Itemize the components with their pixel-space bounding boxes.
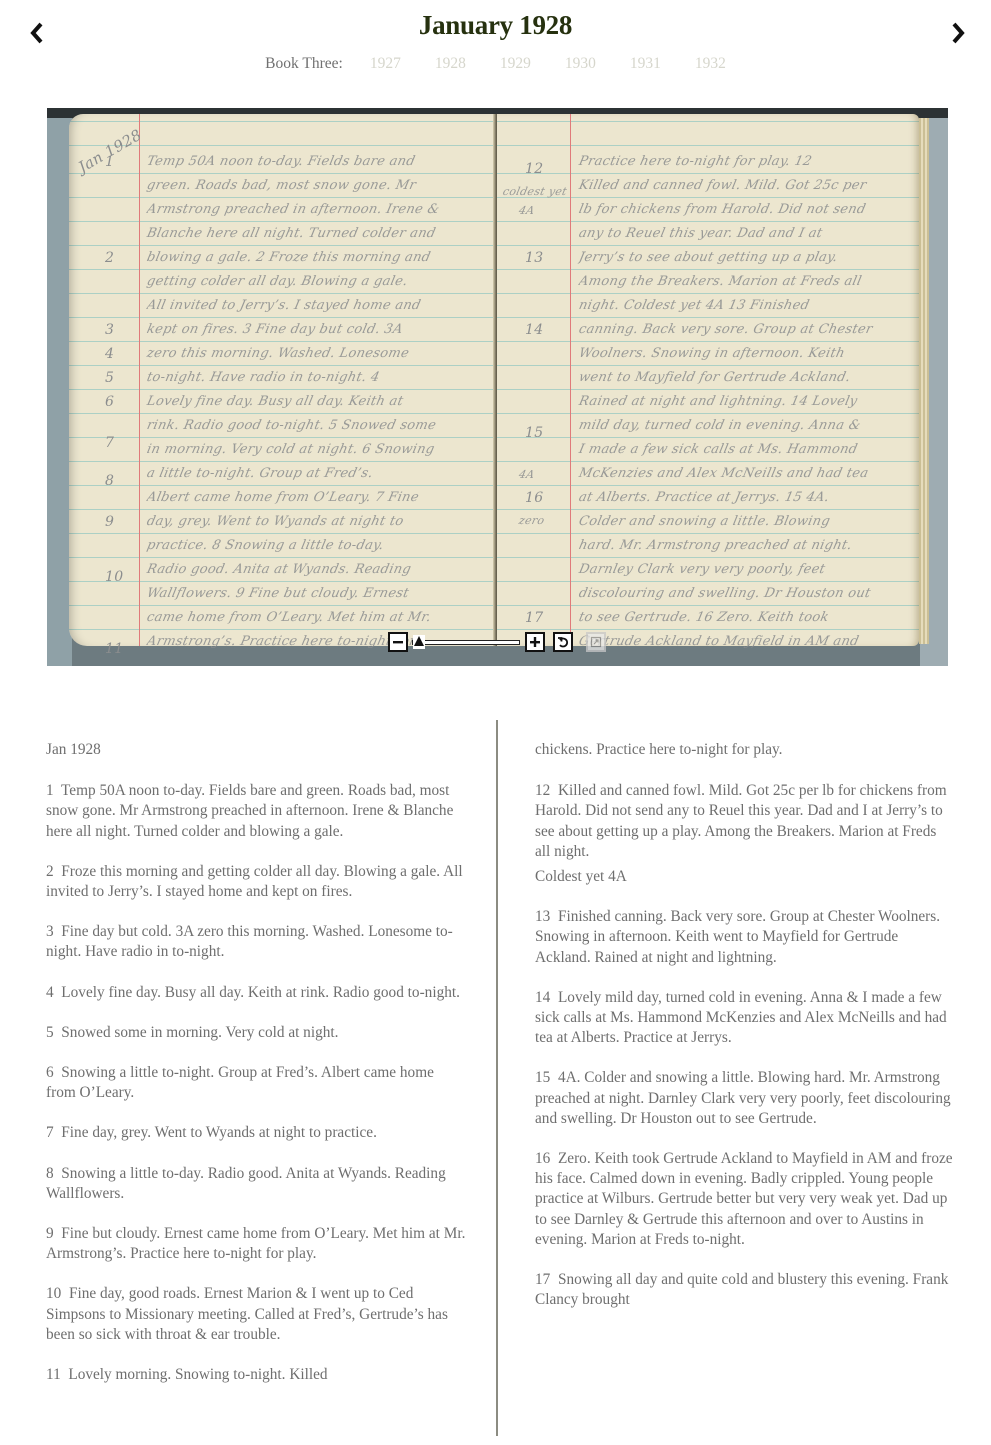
handwritten-line: All invited to Jerry’s. I stayed home an… <box>145 298 488 313</box>
diary-left-page: Jan 1928 1234567891011 Temp 50A noon to-… <box>69 114 497 646</box>
handwritten-line: a little to-night. Group at Fred’s. <box>145 466 488 481</box>
year-link-1930[interactable]: 1930 <box>565 55 596 73</box>
handwritten-line: I made a few sick calls at Ms. Hammond <box>577 442 910 457</box>
handwritten-day-number: 4 <box>105 346 114 362</box>
zoom-slider-handle[interactable] <box>413 635 425 649</box>
handwritten-line: Colder and snowing a little. Blowing <box>577 514 910 529</box>
year-link-1928[interactable]: 1928 <box>435 55 466 73</box>
handwritten-day-number: 15 <box>525 425 543 441</box>
year-link-1931[interactable]: 1931 <box>630 55 661 73</box>
diary-entry: 15 4A. Colder and snowing a little. Blow… <box>535 1068 955 1129</box>
handwritten-day-number: 11 <box>105 641 123 657</box>
book-label: Book Three: <box>265 55 343 73</box>
diary-entry: chickens. Practice here to-night for pla… <box>535 740 955 760</box>
handwritten-line: any to Reuel this year. Dad and I at <box>577 226 910 241</box>
diary-entry: 14 Lovely mild day, turned cold in eveni… <box>535 988 955 1049</box>
diary-entry: 2 Froze this morning and getting colder … <box>46 862 466 902</box>
diary-entry: 8 Snowing a little to-day. Radio good. A… <box>46 1164 466 1204</box>
handwritten-line: Radio good. Anita at Wyands. Reading <box>145 562 488 577</box>
diary-entry: 7 Fine day, grey. Went to Wyands at nigh… <box>46 1123 466 1143</box>
handwritten-line: night. Coldest yet 4A 13 Finished <box>577 298 910 313</box>
minus-icon <box>392 636 404 648</box>
transcription-heading: Jan 1928 <box>46 740 466 760</box>
handwritten-day-number: 13 <box>525 250 543 266</box>
diary-entry: 5 Snowed some in morning. Very cold at n… <box>46 1023 466 1043</box>
diary-entry: Coldest yet 4A <box>535 867 955 887</box>
handwritten-margin-note: 4A <box>518 204 536 217</box>
triangle-handle-icon <box>413 635 425 647</box>
transcription-right-column: chickens. Practice here to-night for pla… <box>535 740 955 1330</box>
handwritten-day-number: 5 <box>105 370 114 386</box>
handwritten-line: Rained at night and lightning. 14 Lovely <box>577 394 910 409</box>
diary-entry: 3 Fine day but cold. 3A zero this mornin… <box>46 922 466 962</box>
handwritten-day-number: 6 <box>105 394 114 410</box>
handwritten-line: Jerry’s to see about getting up a play. <box>577 250 910 265</box>
handwritten-line: Darnley Clark very very poorly, feet <box>577 562 910 577</box>
handwritten-line: Albert came home from O’Leary. 7 Fine <box>145 490 488 505</box>
handwritten-margin-note: 4A <box>518 468 536 481</box>
fullscreen-icon <box>590 636 602 648</box>
handwritten-line: discolouring and swelling. Dr Houston ou… <box>577 586 910 601</box>
handwritten-day-number: 7 <box>105 435 114 451</box>
diary-entry: 4 Lovely fine day. Busy all day. Keith a… <box>46 983 466 1003</box>
page-title: January 1928 <box>0 10 991 41</box>
handwritten-margin-note: coldest yet <box>502 185 569 198</box>
handwritten-line: Temp 50A noon to-day. Fields bare and <box>145 154 488 169</box>
handwritten-margin-note: zero <box>518 514 546 527</box>
handwritten-line: kept on fires. 3 Fine day but cold. 3A <box>145 322 488 337</box>
zoom-slider[interactable] <box>412 640 520 645</box>
handwritten-line: getting colder all day. Blowing a gale. <box>145 274 488 289</box>
handwritten-line: Among the Breakers. Marion at Freds all <box>577 274 910 289</box>
rotate-icon <box>557 636 569 648</box>
handwritten-day-number: 9 <box>105 514 114 530</box>
handwritten-day-number: 17 <box>525 610 543 626</box>
handwritten-line: hard. Mr. Armstrong preached at night. <box>577 538 910 553</box>
year-link-1929[interactable]: 1929 <box>500 55 531 73</box>
notebook-page-edges <box>919 118 929 644</box>
transcription-left-column: Jan 19281 Temp 50A noon to-day. Fields b… <box>46 740 466 1405</box>
diary-entry: 13 Finished canning. Back very sore. Gro… <box>535 907 955 968</box>
handwritten-day-number: 12 <box>525 161 543 177</box>
handwritten-line: came home from O’Leary. Met him at Mr. <box>145 610 488 625</box>
handwritten-line: mild day, turned cold in evening. Anna & <box>577 418 910 433</box>
handwritten-line: in morning. Very cold at night. 6 Snowin… <box>145 442 488 457</box>
handwritten-day-number: 2 <box>105 250 114 266</box>
handwritten-line: Practice here to-night for play. 12 <box>577 154 910 169</box>
handwritten-line: Wallflowers. 9 Fine but cloudy. Ernest <box>145 586 488 601</box>
rotate-button[interactable] <box>553 632 573 652</box>
diary-entry: 10 Fine day, good roads. Ernest Marion &… <box>46 1284 466 1345</box>
handwritten-line: blowing a gale. 2 Froze this morning and <box>145 250 488 265</box>
handwritten-day-number: 1 <box>105 154 114 170</box>
diary-entry: 9 Fine but cloudy. Ernest came home from… <box>46 1224 466 1264</box>
diary-image-viewer[interactable]: Jan 1928 1234567891011 Temp 50A noon to-… <box>47 108 948 666</box>
diary-entry: 6 Snowing a little to-night. Group at Fr… <box>46 1063 466 1103</box>
plus-icon <box>529 636 541 648</box>
handwritten-line: canning. Back very sore. Group at Cheste… <box>577 322 910 337</box>
handwritten-line: at Alberts. Practice at Jerrys. 15 4A. <box>577 490 910 505</box>
handwritten-day-number: 8 <box>105 473 114 489</box>
year-link-1927[interactable]: 1927 <box>370 55 401 73</box>
margin-line <box>139 114 140 646</box>
year-link-1932[interactable]: 1932 <box>695 55 726 73</box>
handwritten-line: Woolners. Snowing in afternoon. Keith <box>577 346 910 361</box>
column-divider <box>496 720 498 1436</box>
handwritten-line: day, grey. Went to Wyands at night to <box>145 514 488 529</box>
handwritten-line: McKenzies and Alex McNeills and had tea <box>577 466 910 481</box>
handwritten-line: Blanche here all night. Turned colder an… <box>145 226 488 241</box>
handwritten-line: rink. Radio good to-night. 5 Snowed some <box>145 418 488 433</box>
handwritten-day-number: 10 <box>105 569 123 585</box>
handwritten-line: Armstrong preached in afternoon. Irene & <box>145 202 488 217</box>
diary-entry: 12 Killed and canned fowl. Mild. Got 25c… <box>535 781 955 862</box>
diary-right-page: 121314151617 coldest yet4A4Azero Practic… <box>497 114 919 646</box>
diary-entry: 16 Zero. Keith took Gertrude Ackland to … <box>535 1149 955 1250</box>
diary-entry: 1 Temp 50A noon to-day. Fields bare and … <box>46 781 466 842</box>
diary-entry: 11 Lovely morning. Snowing to-night. Kil… <box>46 1365 466 1385</box>
handwritten-line: lb for chickens from Harold. Did not sen… <box>577 202 910 217</box>
diary-entry: 17 Snowing all day and quite cold and bl… <box>535 1270 955 1310</box>
zoom-out-button[interactable] <box>388 632 408 652</box>
handwritten-line: Lovely fine day. Busy all day. Keith at <box>145 394 488 409</box>
handwritten-line: practice. 8 Snowing a little to-day. <box>145 538 488 553</box>
year-navigation: Book Three: 1927 1928 1929 1930 1931 193… <box>0 55 991 73</box>
handwritten-day-number: 3 <box>105 322 114 338</box>
handwritten-line: zero this morning. Washed. Lonesome <box>145 346 488 361</box>
handwritten-line: Killed and canned fowl. Mild. Got 25c pe… <box>577 178 910 193</box>
handwritten-line: Gertrude Ackland to Mayfield in AM and <box>577 634 910 649</box>
handwritten-line: to see Gertrude. 16 Zero. Keith took <box>577 610 910 625</box>
zoom-in-button[interactable] <box>525 632 545 652</box>
handwritten-line: to-night. Have radio in to-night. 4 <box>145 370 488 385</box>
fullscreen-button[interactable] <box>586 632 606 652</box>
handwritten-day-number: 14 <box>525 322 543 338</box>
handwritten-line: green. Roads bad, most snow gone. Mr <box>145 178 488 193</box>
handwritten-line: went to Mayfield for Gertrude Ackland. <box>577 370 910 385</box>
handwritten-day-number: 16 <box>525 490 543 506</box>
margin-line <box>570 114 571 646</box>
